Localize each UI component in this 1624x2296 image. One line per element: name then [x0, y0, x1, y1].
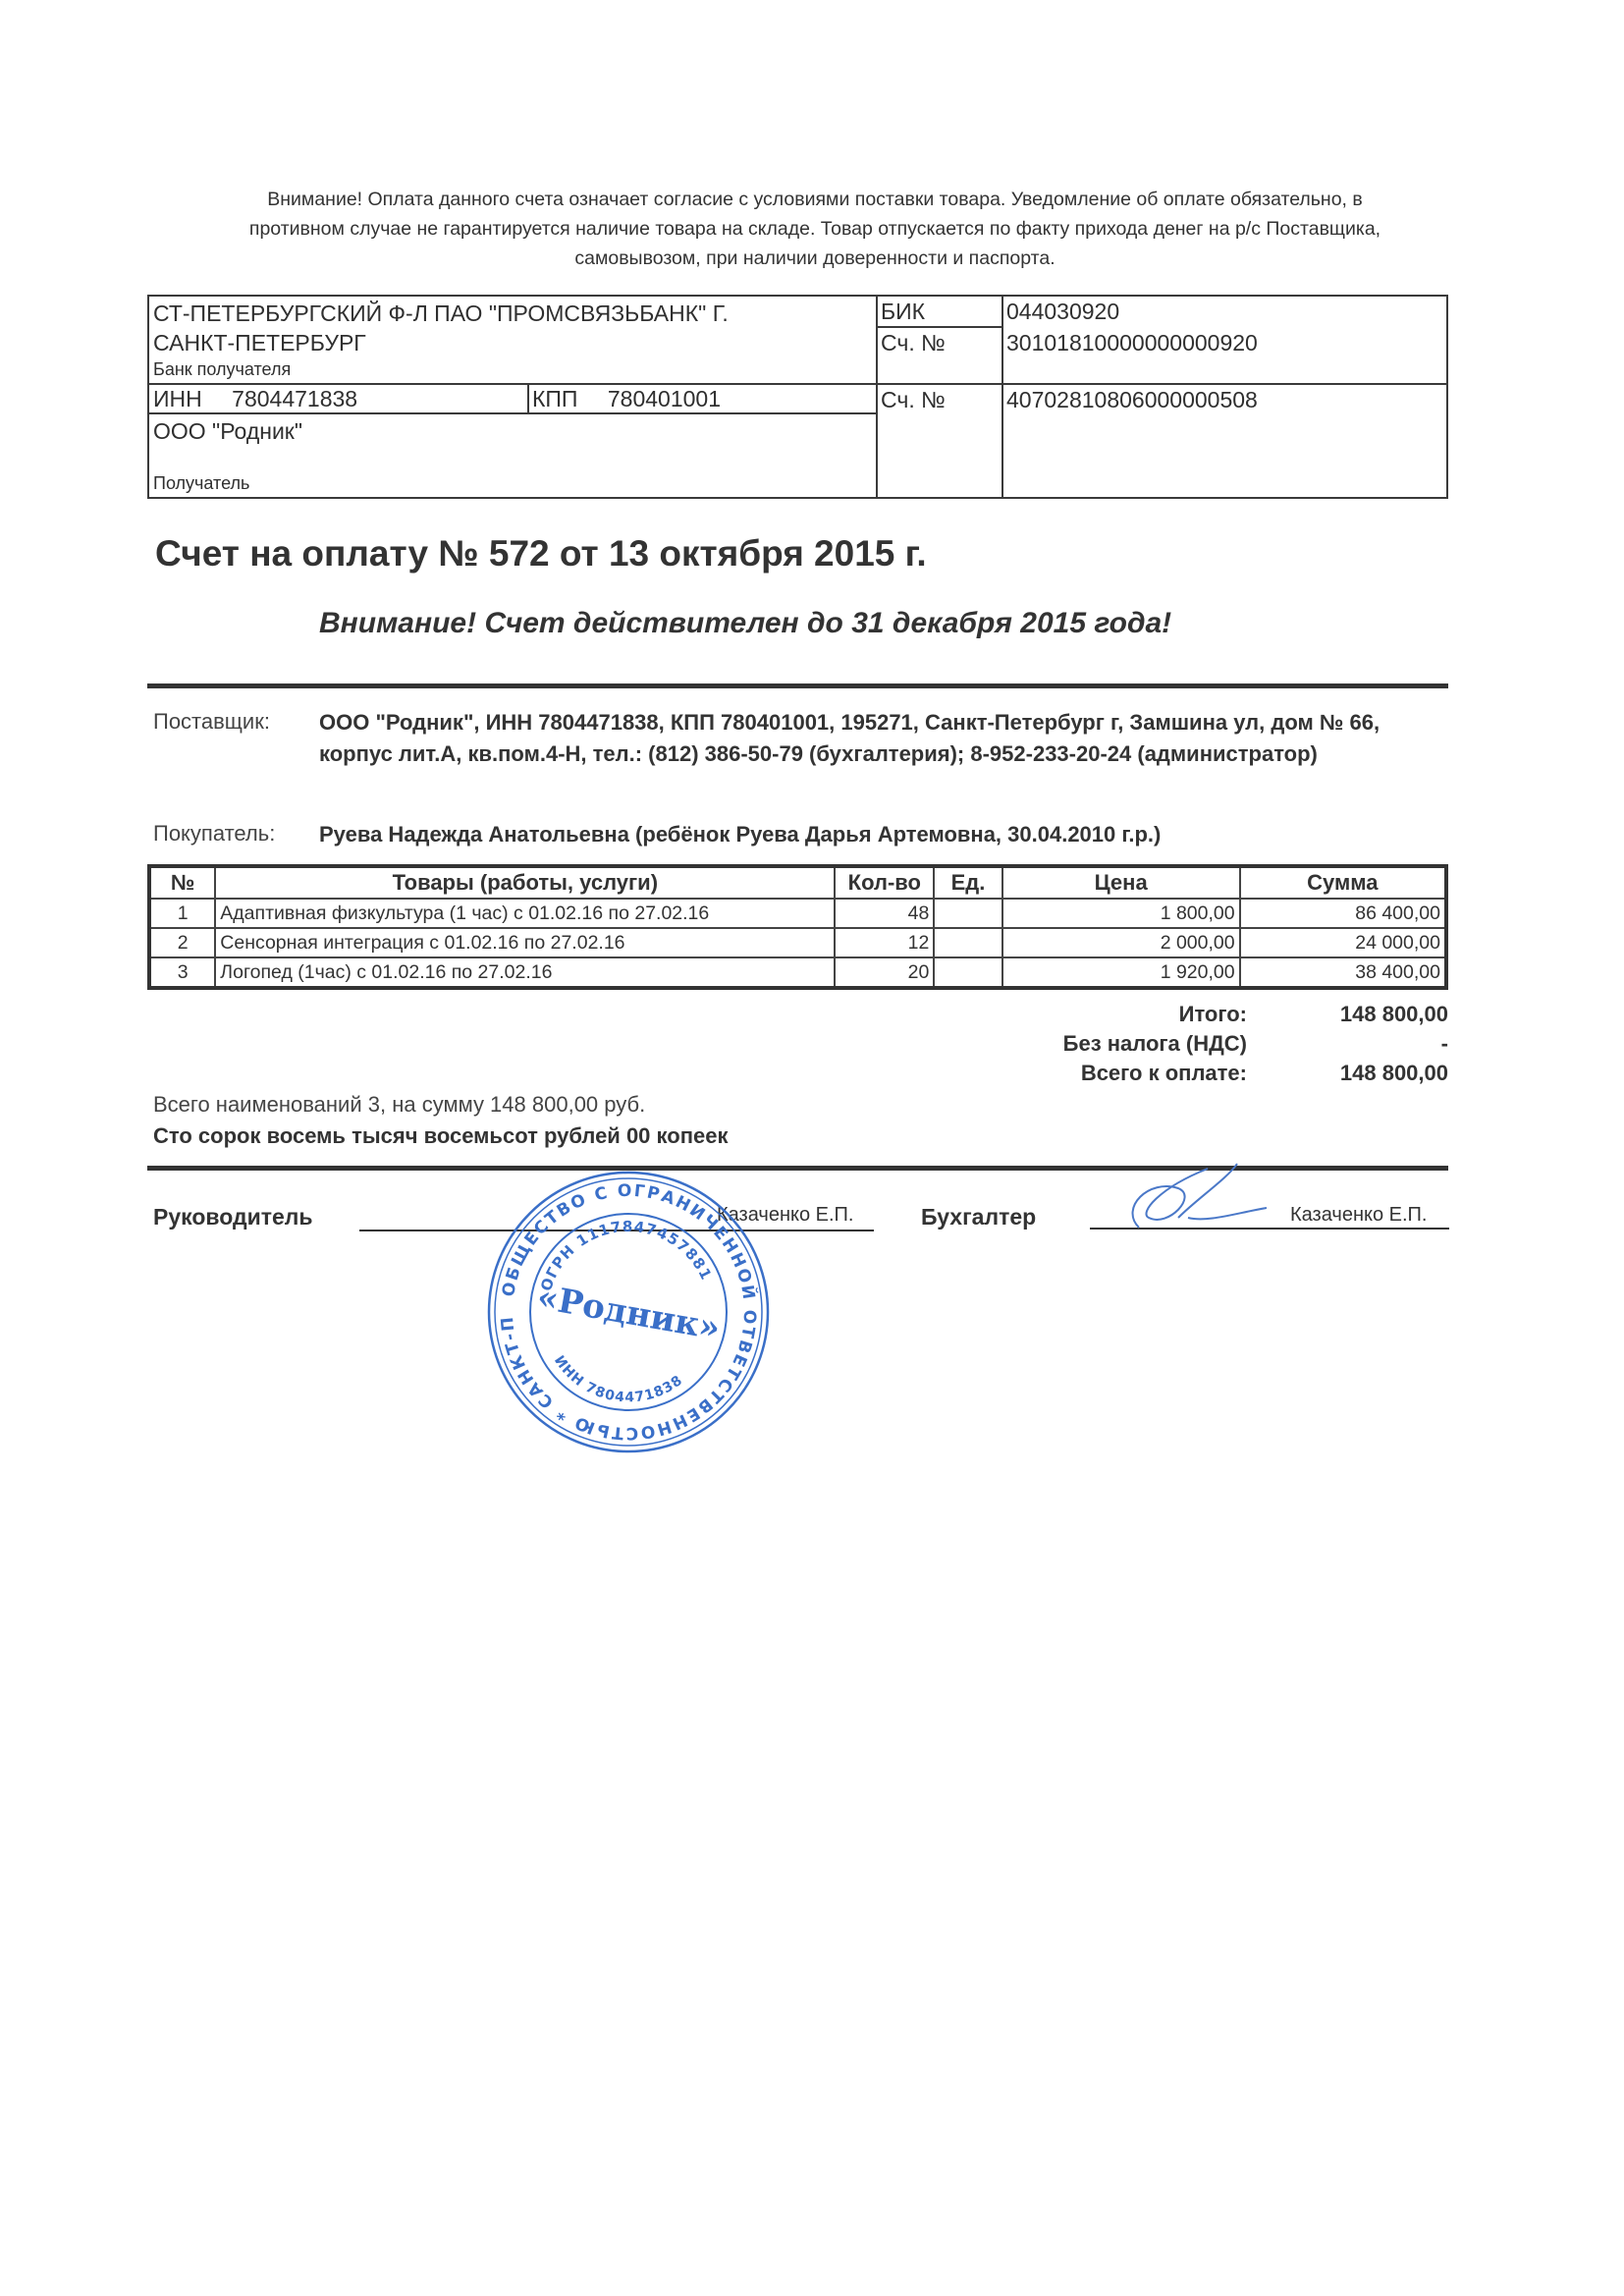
inn-label: ИНН	[153, 386, 202, 411]
table-header-row: № Товары (работы, услуги) Кол-во Ед. Цен…	[149, 866, 1446, 899]
total-label: Всего к оплате:	[1001, 1059, 1247, 1088]
kpp-label: КПП	[532, 386, 577, 411]
totals-block: Итого: 148 800,00 Без налога (НДС) - Все…	[1001, 1000, 1448, 1088]
svg-text:ИНН 7804471838: ИНН 7804471838	[551, 1353, 686, 1406]
kpp-field: КПП 780401001	[532, 385, 721, 412]
row-qty: 20	[835, 957, 934, 988]
account-label: Сч. №	[881, 387, 946, 413]
row-num: 3	[149, 957, 215, 988]
table-row: 3 Логопед (1час) с 01.02.16 по 27.02.16 …	[149, 957, 1446, 988]
inn-value: 7804471838	[232, 386, 357, 411]
amount-in-words: Сто сорок восемь тысяч восемьсот рублей …	[153, 1123, 728, 1149]
divider	[147, 683, 1448, 688]
header-sum: Сумма	[1240, 866, 1446, 899]
row-price: 1 920,00	[1002, 957, 1240, 988]
divider	[876, 326, 1001, 328]
vat-row: Без налога (НДС) -	[1001, 1029, 1448, 1059]
divider	[149, 412, 876, 414]
handwritten-signature-icon	[1119, 1159, 1267, 1237]
bank-name-line1: СТ-ПЕТЕРБУРГСКИЙ Ф-Л ПАО "ПРОМСВЯЗЬБАНК"…	[153, 299, 729, 328]
corr-account-value: 30101810000000000920	[1006, 330, 1258, 356]
row-price: 2 000,00	[1002, 928, 1240, 957]
table-row: 2 Сенсорная интеграция с 01.02.16 по 27.…	[149, 928, 1446, 957]
row-num: 1	[149, 899, 215, 928]
payment-notice: Внимание! Оплата данного счета означает …	[236, 185, 1394, 273]
inn-field: ИНН 7804471838	[153, 385, 357, 412]
header-qty: Кол-во	[835, 866, 934, 899]
vat-value: -	[1247, 1029, 1448, 1059]
bik-label: БИК	[881, 299, 925, 325]
divider	[1001, 297, 1003, 497]
vat-label: Без налога (НДС)	[1001, 1029, 1247, 1059]
svg-text:«Родник»: «Родник»	[534, 1278, 723, 1348]
subtotal-label: Итого:	[1001, 1000, 1247, 1029]
header-price: Цена	[1002, 866, 1240, 899]
row-price: 1 800,00	[1002, 899, 1240, 928]
subtotal-row: Итого: 148 800,00	[1001, 1000, 1448, 1029]
row-name: Сенсорная интеграция с 01.02.16 по 27.02…	[215, 928, 835, 957]
row-sum: 38 400,00	[1240, 957, 1446, 988]
items-count-summary: Всего наименований 3, на сумму 148 800,0…	[153, 1092, 645, 1118]
bank-details-box: СТ-ПЕТЕРБУРГСКИЙ Ф-Л ПАО "ПРОМСВЯЗЬБАНК"…	[147, 295, 1448, 499]
total-row: Всего к оплате: 148 800,00	[1001, 1059, 1448, 1088]
items-table: № Товары (работы, услуги) Кол-во Ед. Цен…	[147, 864, 1448, 990]
header-unit: Ед.	[934, 866, 1001, 899]
corr-account-label: Сч. №	[881, 330, 946, 356]
accountant-name: Казаченко Е.П.	[1290, 1204, 1427, 1227]
row-num: 2	[149, 928, 215, 957]
invoice-title: Счет на оплату № 572 от 13 октября 2015 …	[155, 533, 927, 574]
row-unit	[934, 957, 1001, 988]
company-stamp-icon: ОБЩЕСТВО С ОГРАНИЧЕННОЙ ОТВЕТСТВЕННОСТЬЮ…	[483, 1167, 774, 1457]
buyer-value: Руева Надежда Анатольевна (ребёнок Руева…	[319, 819, 1161, 850]
bank-caption: Банк получателя	[153, 359, 291, 380]
row-qty: 48	[835, 899, 934, 928]
row-unit	[934, 928, 1001, 957]
account-value: 40702810806000000508	[1006, 387, 1258, 413]
bank-name-line2: САНКТ-ПЕТЕРБУРГ	[153, 328, 729, 357]
table-row: 1 Адаптивная физкультура (1 час) с 01.02…	[149, 899, 1446, 928]
row-sum: 86 400,00	[1240, 899, 1446, 928]
divider	[527, 383, 529, 412]
row-sum: 24 000,00	[1240, 928, 1446, 957]
supplier-value: ООО "Родник", ИНН 7804471838, КПП 780401…	[319, 707, 1448, 770]
total-value: 148 800,00	[1247, 1059, 1448, 1088]
bank-name: СТ-ПЕТЕРБУРГСКИЙ Ф-Л ПАО "ПРОМСВЯЗЬБАНК"…	[153, 299, 729, 357]
subtotal-value: 148 800,00	[1247, 1000, 1448, 1029]
buyer-label: Покупатель:	[153, 821, 275, 847]
recipient-name: ООО "Родник"	[153, 418, 302, 445]
validity-notice: Внимание! Счет действителен до 31 декабр…	[319, 607, 1171, 640]
row-name: Адаптивная физкультура (1 час) с 01.02.1…	[215, 899, 835, 928]
row-qty: 12	[835, 928, 934, 957]
header-num: №	[149, 866, 215, 899]
row-name: Логопед (1час) с 01.02.16 по 27.02.16	[215, 957, 835, 988]
row-unit	[934, 899, 1001, 928]
kpp-value: 780401001	[608, 386, 721, 411]
supplier-label: Поставщик:	[153, 709, 270, 735]
director-label: Руководитель	[153, 1204, 313, 1230]
bik-value: 044030920	[1006, 299, 1119, 325]
header-name: Товары (работы, услуги)	[215, 866, 835, 899]
accountant-label: Бухгалтер	[921, 1204, 1036, 1230]
recipient-caption: Получатель	[153, 473, 249, 494]
